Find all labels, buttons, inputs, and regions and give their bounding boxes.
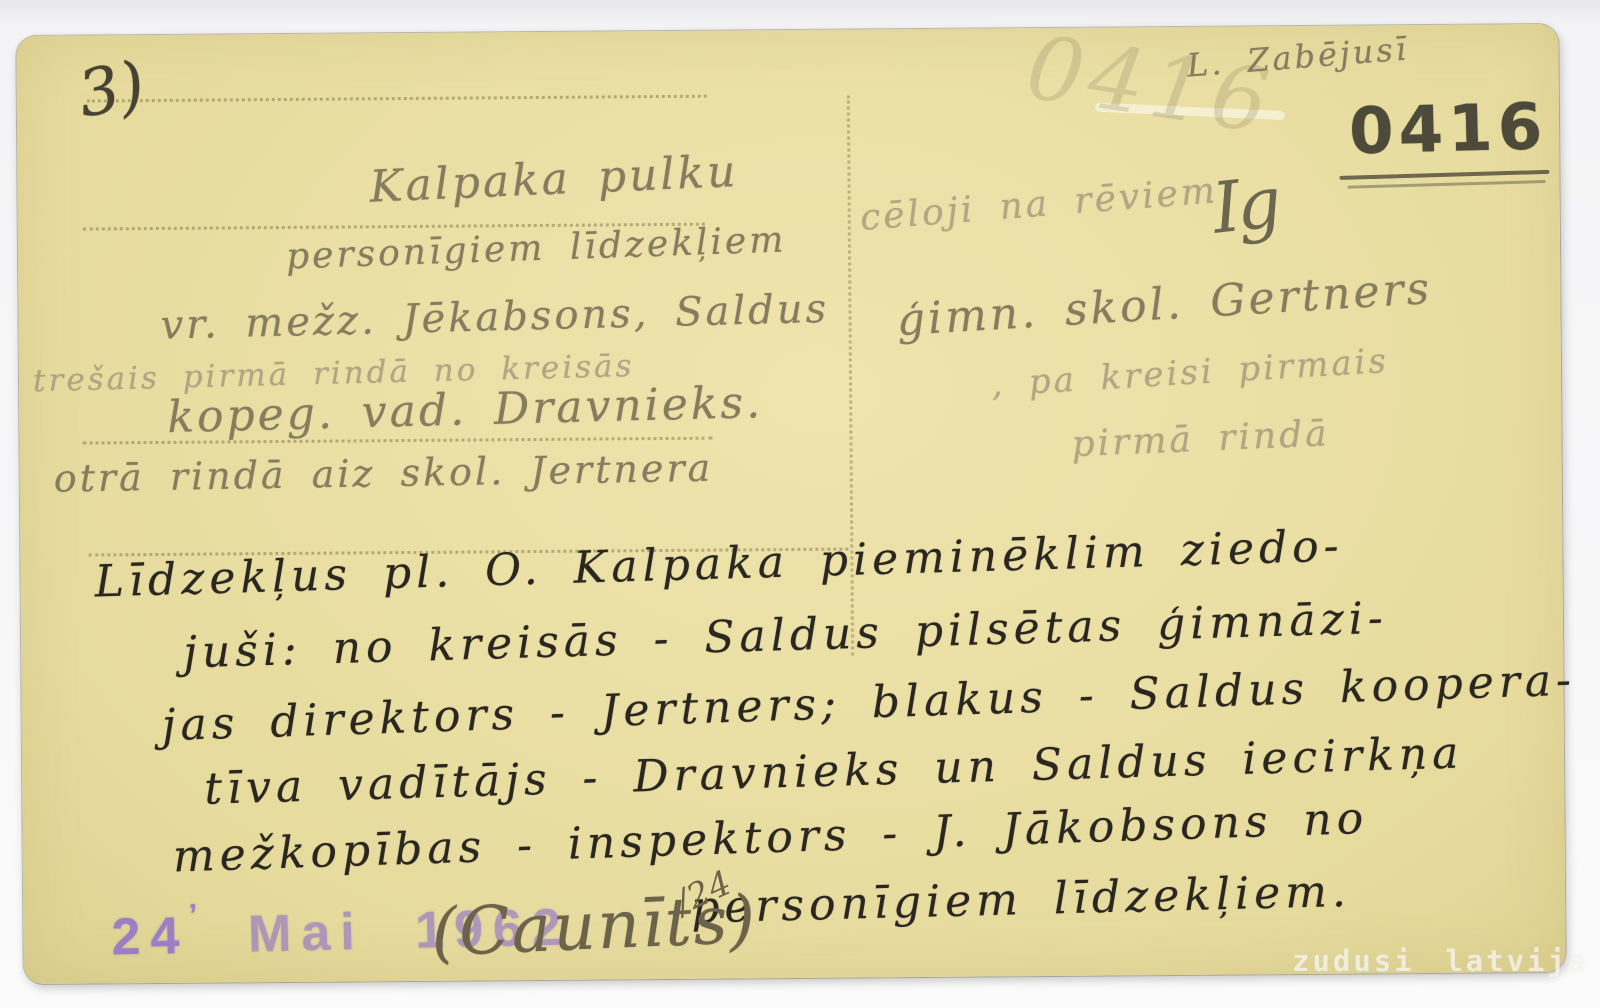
pencil-note-right-2: ģimn. skol. Gertners [895, 263, 1433, 346]
date-stamp-month: Mai [247, 903, 365, 964]
corner-number: 3) [73, 48, 151, 133]
top-right-pencil-note: L. Zabējusī [1185, 29, 1410, 84]
date-stamp-tick: ʼ [188, 899, 197, 932]
date-stamp-day: 24 [111, 907, 190, 967]
pencil-note-left-6: otrā rindā aiz skol. Jertnera [53, 446, 713, 501]
address-rule-line-1 [87, 95, 707, 103]
ink-caption-line-6: personīgiem līdzekļiem. [691, 866, 1352, 934]
catalog-number-underline [1339, 170, 1549, 180]
catalog-number-underline-2 [1348, 180, 1546, 189]
catalog-number: 0416 [1348, 90, 1548, 169]
pencil-note-left-1: Kalpaka pulku [369, 146, 740, 213]
scanned-postcard-viewer: 3) 0416 L. Zabējusī 0416 Ig Kalpaka pulk… [0, 0, 1600, 1008]
pencil-note-right-3: , pa kreisi pirmais [990, 341, 1390, 405]
ink-caption-line-1: Līdzekļus pl. O. Kalpaka pieminēklim zie… [94, 521, 1344, 608]
pencil-note-right-1: cēloji na rēviem [859, 170, 1220, 239]
faint-archive-number: 0416 [1020, 15, 1281, 154]
pencil-note-right-4: pirmā rindā [1071, 413, 1331, 465]
archive-watermark: zudusi latvija [1292, 944, 1588, 978]
postcard-back: 3) 0416 L. Zabējusī 0416 Ig Kalpaka pulk… [16, 24, 1565, 984]
pencil-note-left-3: vr. mežz. Jēkabsons, Saldus [160, 286, 830, 349]
